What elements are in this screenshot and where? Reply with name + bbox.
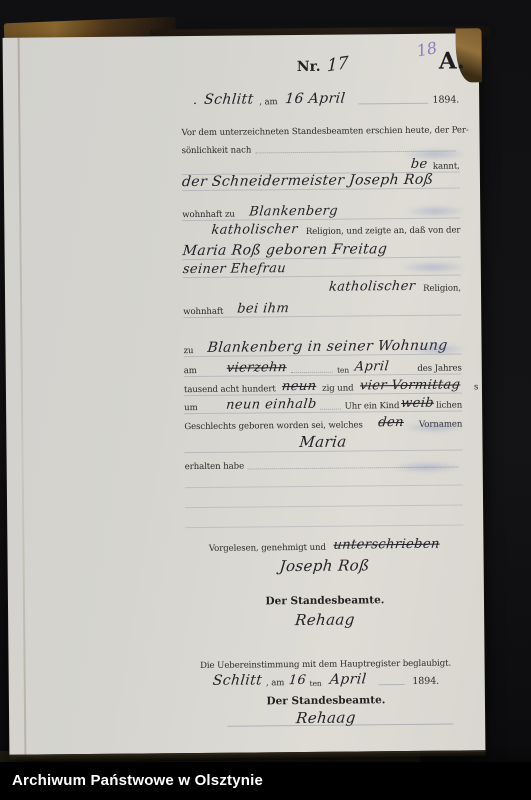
ink-bleed-artifact — [404, 421, 464, 433]
mother-line: Maria Roß geboren Freitag — [183, 238, 461, 260]
certify-am: , am — [266, 678, 284, 688]
form-intro-line1: Vor dem unterzeichneten Standesbeamten e… — [181, 119, 459, 138]
sex-printed: lichen — [436, 400, 462, 410]
spacer — [201, 373, 223, 374]
religion2-printed: Religion, — [423, 283, 461, 293]
sex-line-printed: Geschlechts geboren worden sei, welches — [184, 420, 363, 432]
religion2-written: katholischer — [328, 279, 416, 295]
residence2-label: wohnhaft — [183, 307, 223, 317]
certify-day: 16 — [288, 673, 307, 688]
ink-bleed-artifact — [410, 343, 466, 355]
blank-rule-line — [185, 504, 463, 508]
fill-line — [378, 683, 404, 685]
header-am-label: , am — [259, 97, 277, 107]
declarant-signature: Joseph Roß — [186, 551, 464, 576]
declarant-signature-text: Joseph Roß — [279, 556, 371, 575]
birthdate-month: April — [354, 359, 390, 374]
fill-line — [291, 371, 333, 373]
residence-value: Blankenberg — [248, 204, 338, 220]
blank-rule-line — [185, 484, 463, 488]
page-gutter-crease — [18, 38, 27, 755]
closing-written: unterschrieben — [333, 537, 441, 553]
time-printed: Uhr ein Kind — [345, 401, 400, 412]
birthplace-label: zu — [184, 346, 194, 356]
spacer — [202, 410, 222, 411]
record-number-label: Nr. — [297, 59, 321, 75]
fill-line — [320, 408, 340, 410]
wife-text: seiner Ehefrau — [182, 261, 287, 277]
header-dateline: . Schlitt , am 16 April 1894. — [193, 89, 459, 108]
certification-dateline: Schlitt , am 16 ten April 1894. — [187, 668, 465, 689]
birthdate-suffix: des Jahres — [417, 363, 462, 373]
header-place: Schlitt — [203, 91, 254, 107]
year-printed2: zig und — [322, 383, 353, 393]
residence2-value: bei ihm — [237, 301, 290, 317]
time-line: um neun einhalb Uhr ein Kind weib lichen — [184, 394, 462, 414]
birthdate-am: am — [184, 366, 197, 376]
fill-line — [358, 102, 429, 105]
time-um: um — [184, 403, 198, 413]
religion1-printed: Religion, und zeigte an, daß von der — [306, 225, 461, 236]
page-number-annotation: 18 — [415, 38, 438, 60]
spacer — [367, 427, 374, 428]
spacer — [399, 371, 413, 372]
religion-line2: katholischer Religion, — [183, 277, 461, 296]
residence-label: wohnhaft zu — [182, 210, 235, 221]
header-year: 1894. — [432, 94, 459, 105]
certify-month: April — [329, 671, 367, 687]
year-printed1: tausend acht hundert — [184, 384, 276, 395]
child-name-line: Maria — [184, 431, 462, 453]
caption-strip: Archiwum Państwowe w Olsztynie — [0, 762, 531, 800]
register-page: 18 A. Nr. 17 . Schlitt , am 16 April 189… — [3, 33, 486, 757]
year-printed3: s — [474, 382, 478, 392]
ink-bleed-artifact — [393, 461, 459, 473]
sex-written: weib — [401, 396, 435, 411]
ink-bleed-artifact — [404, 148, 466, 160]
article-written: den — [377, 415, 404, 430]
intro1-text: Vor dem unterzeichneten Standesbeamten e… — [181, 125, 468, 138]
official-signature-text: Rehaag — [294, 610, 355, 629]
section-letter: A. — [439, 47, 465, 74]
official-title-text: Der Standesbeamte. — [265, 594, 384, 607]
child-name: Maria — [299, 433, 348, 451]
intro2-text: sönlichkeit nach — [182, 145, 252, 156]
year-line: tausend acht hundert neun zig und vier V… — [184, 376, 462, 396]
birthdate-line: am vierzehn ten April des Jahres — [184, 357, 462, 377]
religion-line1: katholischer Religion, und zeigte an, da… — [182, 219, 460, 238]
record-number: Nr. 17 — [297, 55, 349, 75]
ink-bleed-artifact — [406, 205, 464, 217]
archival-photo: 18 A. Nr. 17 . Schlitt , am 16 April 189… — [0, 0, 531, 800]
blank-rule-line — [185, 524, 463, 528]
certify-ten: ten — [310, 679, 322, 688]
received-text: erhalten habe — [185, 462, 244, 473]
record-number-value: 17 — [326, 53, 348, 77]
year-written2: vier Vormittag — [359, 377, 461, 393]
ink-bleed-artifact — [401, 261, 465, 273]
header-date: 16 April — [285, 91, 347, 108]
official-signature: Rehaag — [186, 605, 464, 630]
time-value: neun einhalb — [225, 397, 317, 413]
mother-name: Maria Roß geboren Freitag — [182, 241, 388, 259]
header-prefix: . — [192, 93, 198, 108]
declarant-name: der Schneidermeister Joseph Roß — [181, 172, 434, 190]
declarant-line: der Schneidermeister Joseph Roß — [182, 167, 460, 191]
certify-year: 1894. — [412, 676, 439, 687]
archive-caption: Archiwum Państwowe w Olsztynie — [12, 772, 263, 789]
birthdate-day: vierzehn — [226, 360, 287, 376]
residence-line2: wohnhaft bei ihm — [183, 298, 461, 318]
birthdate-ten: ten — [337, 366, 349, 375]
year-written1: neun — [281, 379, 317, 394]
certify-place: Schlitt — [212, 672, 263, 688]
religion1-written: katholischer — [211, 222, 299, 238]
